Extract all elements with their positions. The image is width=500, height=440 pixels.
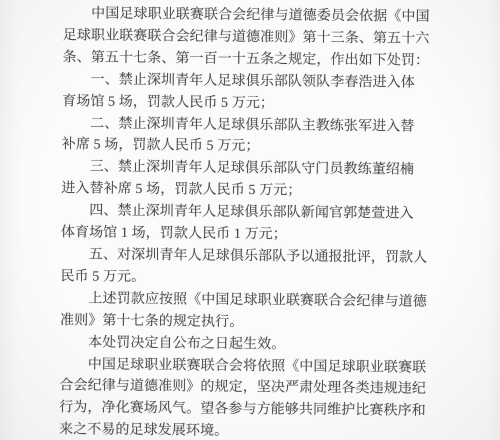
text-line: 育场馆 5 场，罚款人民币 5 万元； (62, 91, 430, 116)
text-line: 上述罚款应按照《中国足球职业联赛联合会纪律与道德 (60, 288, 428, 313)
text-line: 条、第五十七条、第一百一十五条之规定，作出如下处罚： (62, 47, 430, 72)
text-line: 准则》第十七条的规定执行。 (60, 310, 428, 335)
text-line: 来之不易的足球发展环境。 (59, 419, 427, 440)
text-line: 一、禁止深圳青年人足球俱乐部队领队李春浩进入体 (62, 69, 430, 94)
document-page: 中国足球职业联赛联合会纪律与道德委员会依据《中国 足球职业联赛联合会纪律与道德准… (0, 0, 500, 440)
text-line: 本处罚决定自公布之日起生效。 (60, 332, 428, 357)
document-text-block: 中国足球职业联赛联合会纪律与道德委员会依据《中国 足球职业联赛联合会纪律与道德准… (59, 3, 431, 440)
text-line: 民币 5 万元。 (60, 266, 428, 291)
